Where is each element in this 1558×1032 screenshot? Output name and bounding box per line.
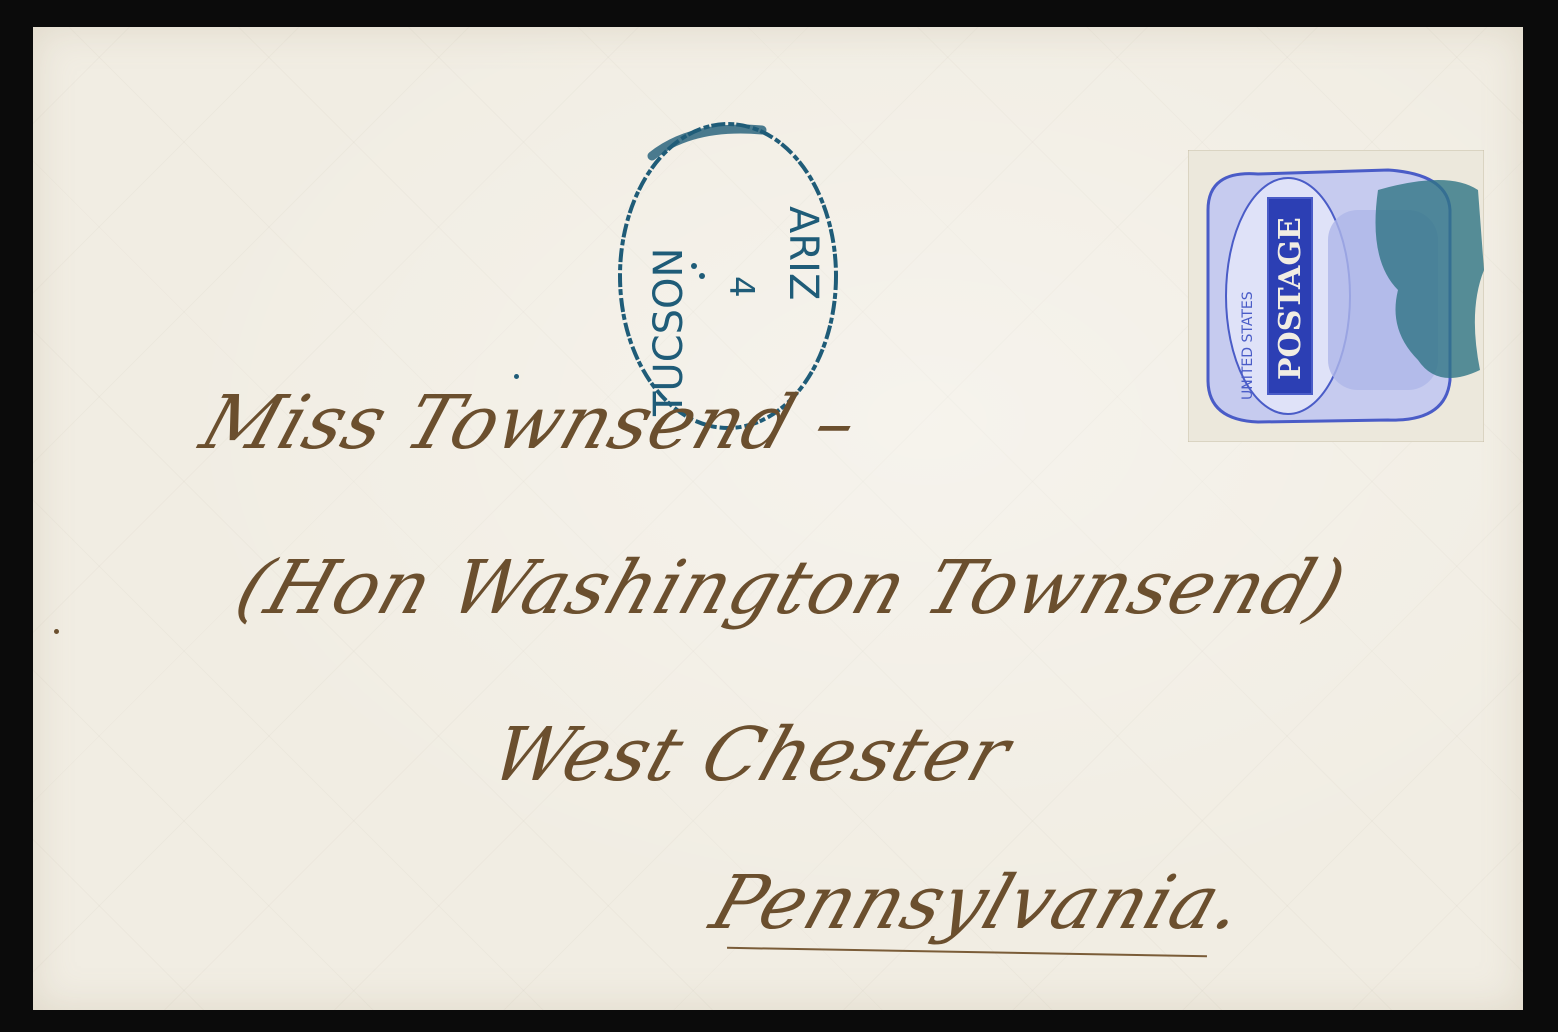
ink-dot bbox=[514, 374, 519, 379]
postage-stamp: POSTAGE UNITED STATES bbox=[1188, 150, 1484, 442]
ink-dot bbox=[54, 629, 59, 634]
address-line-state: Pennsylvania. bbox=[701, 860, 1256, 946]
address-line-recipient: Miss Townsend – bbox=[191, 380, 869, 466]
stamp-icon: POSTAGE UNITED STATES bbox=[1188, 150, 1484, 442]
stamp-label: POSTAGE bbox=[1273, 217, 1308, 380]
address-line-city: West Chester bbox=[481, 712, 1021, 798]
address-line-care-of: (Hon Washington Townsend) bbox=[226, 545, 1356, 631]
postmark-state: ARIZ bbox=[780, 206, 826, 300]
stamp-country: UNITED STATES bbox=[1240, 291, 1256, 400]
postmark-date: 4 bbox=[721, 276, 761, 298]
